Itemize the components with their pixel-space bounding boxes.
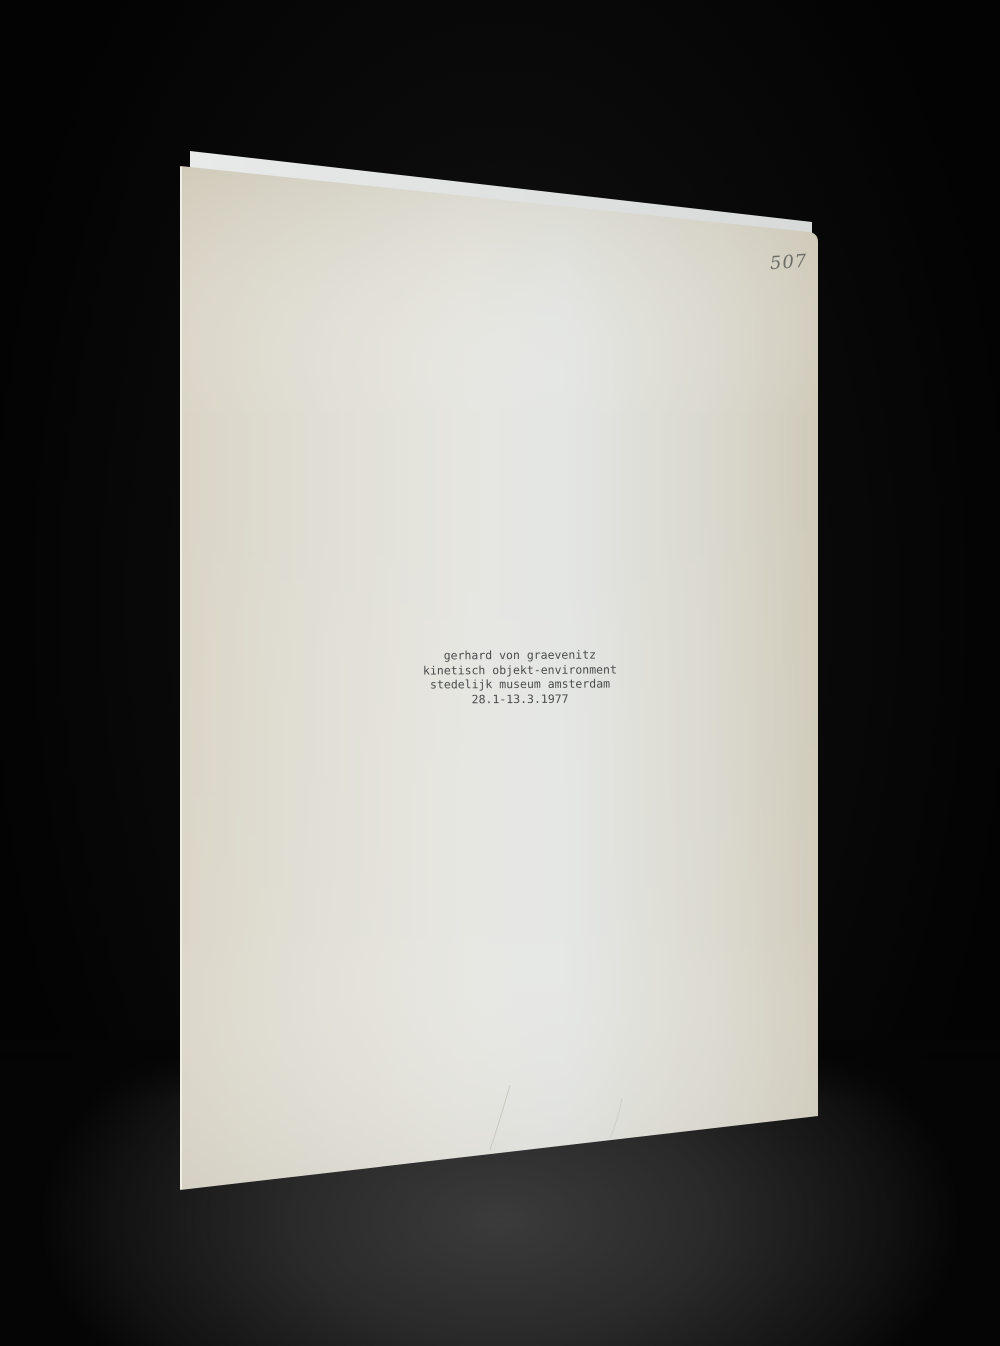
exhibition-dates: 28.1-13.3.1977 <box>408 691 632 707</box>
handwritten-number: 507 <box>769 251 808 275</box>
artist-name: gerhard von graevenitz <box>408 647 632 663</box>
museum-name: stedelijk museum amsterdam <box>408 676 632 692</box>
exhibition-title: kinetisch objekt-environment <box>408 662 632 678</box>
cover-title-block: gerhard von graevenitz kinetisch objekt-… <box>408 647 632 706</box>
